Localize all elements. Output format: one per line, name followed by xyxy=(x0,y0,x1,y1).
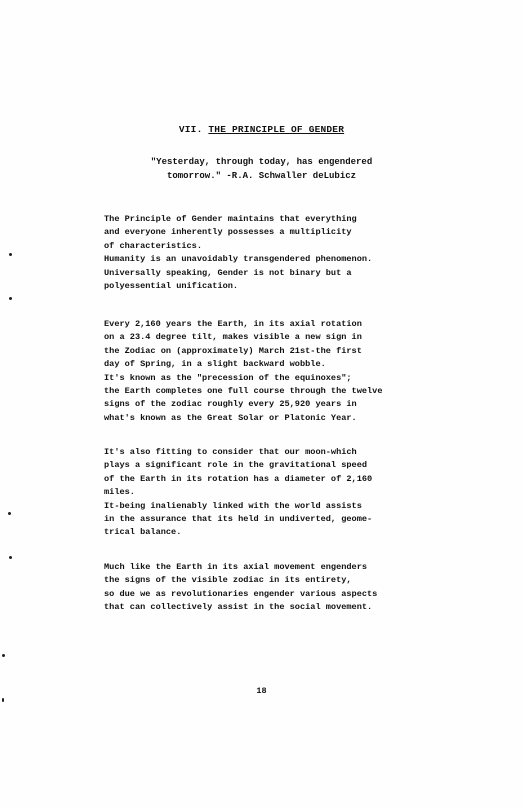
text-line: what's known as the Great Solar or Plato… xyxy=(104,412,464,425)
chapter-title: THE PRINCIPLE OF GENDER xyxy=(208,124,344,135)
document-page: VII. THE PRINCIPLE OF GENDER "Yesterday,… xyxy=(0,0,523,809)
text-line: trical balance. xyxy=(104,526,464,539)
text-line: that can collectively assist in the soci… xyxy=(104,601,464,614)
text-line: Universally speaking, Gender is not bina… xyxy=(104,267,464,280)
text-line: It's known as the "precession of the equ… xyxy=(104,372,464,385)
epigraph-quote: "Yesterday, through today, has engendere… xyxy=(0,155,523,183)
text-line: of the Earth in its rotation has a diame… xyxy=(104,473,464,486)
paragraph-moon: It's also fitting to consider that our m… xyxy=(104,446,464,540)
page-number: 18 xyxy=(0,686,523,696)
text-line: plays a significant role in the gravitat… xyxy=(104,459,464,472)
scan-mark xyxy=(9,556,12,559)
scan-mark xyxy=(2,654,5,657)
text-line: miles. xyxy=(104,486,464,499)
scan-mark xyxy=(8,512,11,515)
text-line: in the assurance that its held in undive… xyxy=(104,513,464,526)
scan-mark xyxy=(2,698,4,702)
epigraph-attribution: tomorrow." -R.A. Schwaller deLubicz xyxy=(0,169,523,183)
text-line: the signs of the visible zodiac in its e… xyxy=(104,574,464,587)
text-line: and everyone inherently possesses a mult… xyxy=(104,226,464,239)
text-line: the Earth completes one full course thro… xyxy=(104,385,464,398)
epigraph-line: "Yesterday, through today, has engendere… xyxy=(0,155,523,169)
text-line: of characteristics. xyxy=(104,240,464,253)
chapter-heading: VII. THE PRINCIPLE OF GENDER xyxy=(0,124,523,135)
chapter-number: VII. xyxy=(179,124,203,135)
text-line: The Principle of Gender maintains that e… xyxy=(104,213,464,226)
scan-mark xyxy=(9,297,12,300)
text-line: so due we as revolutionaries engender va… xyxy=(104,588,464,601)
text-line: It's also fitting to consider that our m… xyxy=(104,446,464,459)
scan-mark xyxy=(9,253,12,256)
text-line: Every 2,160 years the Earth, in its axia… xyxy=(104,318,464,331)
text-line: polyessential unification. xyxy=(104,280,464,293)
text-line: Much like the Earth in its axial movemen… xyxy=(104,561,464,574)
paragraph-gender-principle: The Principle of Gender maintains that e… xyxy=(104,213,464,293)
text-line: on a 23.4 degree tilt, makes visible a n… xyxy=(104,331,464,344)
paragraph-precession: Every 2,160 years the Earth, in its axia… xyxy=(104,318,464,425)
text-line: It-being inalienably linked with the wor… xyxy=(104,500,464,513)
paragraph-social-movement: Much like the Earth in its axial movemen… xyxy=(104,561,464,615)
text-line: signs of the zodiac roughly every 25,920… xyxy=(104,398,464,411)
text-line: the Zodiac on (approximately) March 21st… xyxy=(104,345,464,358)
text-line: Humanity is an unavoidably transgendered… xyxy=(104,253,464,266)
text-line: day of Spring, in a slight backward wobb… xyxy=(104,358,464,371)
